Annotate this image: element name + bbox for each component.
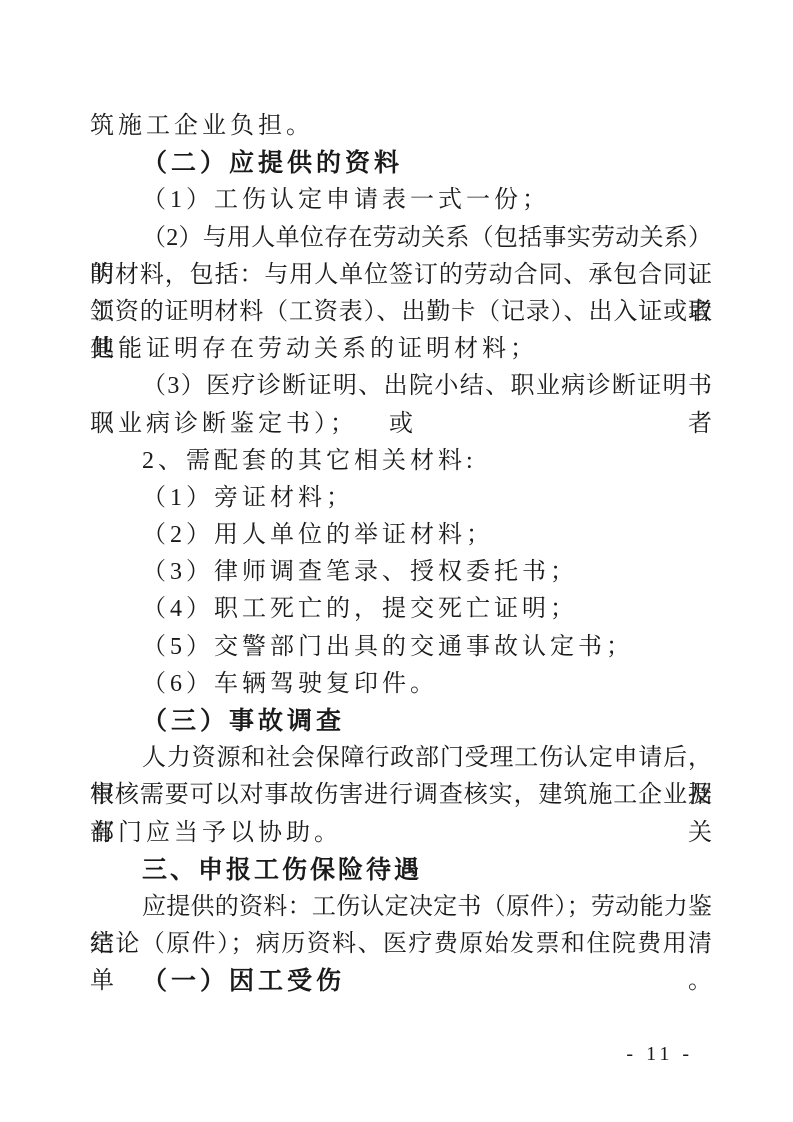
page-number: - 11 - (626, 1043, 693, 1066)
paragraph-investigation-line-1: 人力资源和社会保障行政部门受理工伤认定申请后，根据 (90, 740, 712, 777)
heading-accident-investigation: （三）事故调查 (90, 703, 712, 740)
heading-materials-to-provide: （二）应提供的资料 (90, 145, 712, 182)
paragraph-investigation-line-2: 审核需要可以对事故伤害进行调查核实，建筑施工企业及有关 (90, 777, 712, 814)
list-item-medical-diagnosis-line-1: （3）医疗诊断证明、出院小结、职业病诊断证明书（或者 (90, 368, 712, 405)
list-item-lawyer-records: （3）律师调查笔录、授权委托书； (90, 554, 712, 591)
list-item-circumstantial-evidence: （1）旁证材料； (90, 480, 712, 517)
document-page: 筑施工企业负担。 （二）应提供的资料 （1）工伤认定申请表一式一份； （2）与用… (0, 0, 793, 1122)
subheading-supporting-materials: 2、需配套的其它相关材料: (90, 443, 712, 480)
paragraph-benefit-materials-line-2: 结论（原件）；病历资料、医疗费原始发票和住院费用清单。 (90, 926, 712, 963)
list-item-labor-relation-line-4: 他能证明存在劳动关系的证明材料； (90, 331, 712, 368)
list-item-application-form: （1）工伤认定申请表一式一份； (90, 182, 712, 219)
paragraph-benefit-materials-line-1: 应提供的资料：工伤认定决定书（原件）；劳动能力鉴定 (90, 889, 712, 926)
paragraph-continuation-burden: 筑施工企业负担。 (90, 108, 712, 145)
list-item-driver-license-copy: （6）车辆驾驶复印件。 (90, 666, 712, 703)
list-item-traffic-accident-report: （5）交警部门出具的交通事故认定书； (90, 629, 712, 666)
list-item-employer-evidence: （2）用人单位的举证材料； (90, 517, 712, 554)
list-item-labor-relation-line-3: 工资的证明材料（工资表）、出勤卡（记录）、出入证或者其 (90, 294, 712, 331)
list-item-labor-relation-line-2: 明材料，包括：与用人单位签订的劳动合同、承包合同、领取 (90, 257, 712, 294)
list-item-labor-relation-line-1: （2）与用人单位存在劳动关系（包括事实劳动关系）的证 (90, 220, 712, 257)
document-body: 筑施工企业负担。 （二）应提供的资料 （1）工伤认定申请表一式一份； （2）与用… (90, 108, 712, 1001)
heading-claim-insurance-benefits: 三、申报工伤保险待遇 (90, 852, 712, 889)
list-item-death-certificate: （4）职工死亡的，提交死亡证明； (90, 591, 712, 628)
